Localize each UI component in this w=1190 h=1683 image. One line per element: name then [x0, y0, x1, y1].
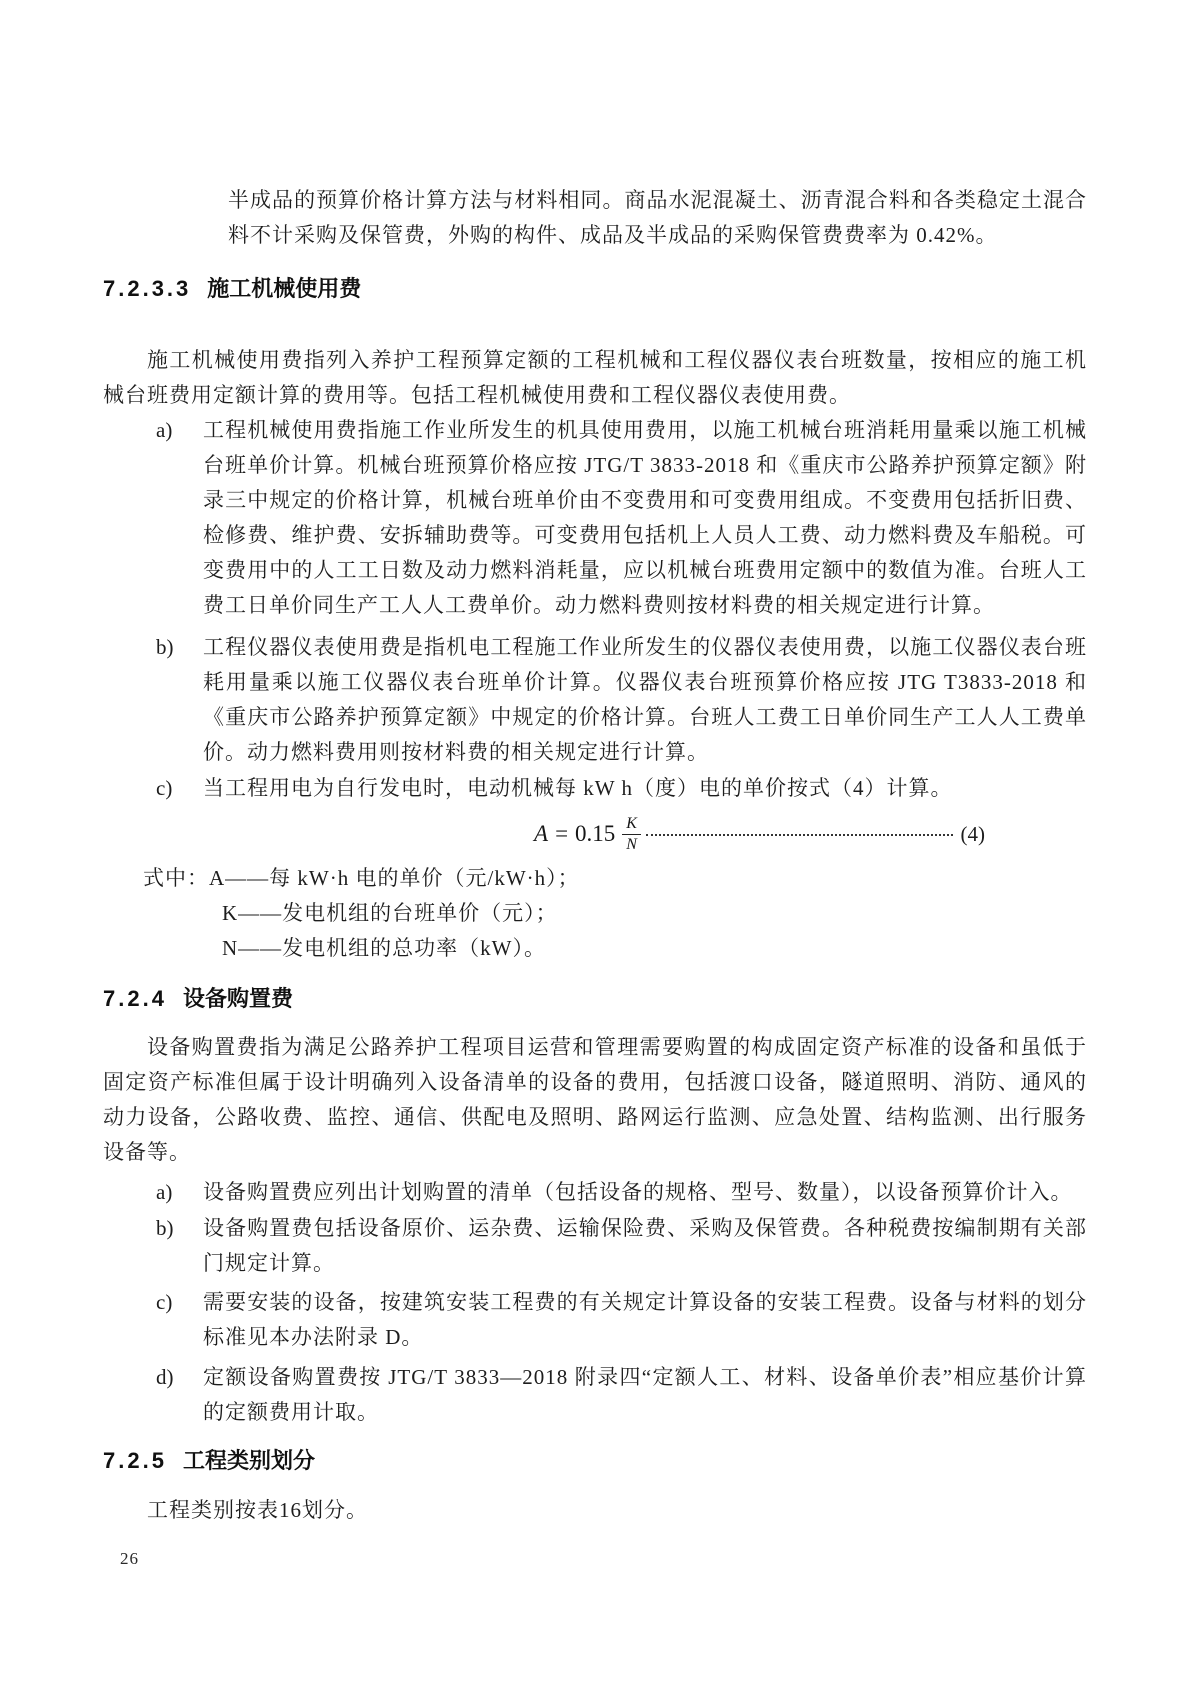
page-number: 26: [120, 1549, 1087, 1569]
list-item-text: 设备购置费应列出计划购置的清单（包括设备的规格、型号、数量），以设备预算价计入。: [203, 1175, 1087, 1210]
list-item-text: 需要安装的设备，按建筑安装工程费的有关规定计算设备的安装工程费。设备与材料的划分…: [203, 1285, 1087, 1355]
section-heading-7-2-3-3: 7.2.3.3 施工机械使用费: [103, 274, 1087, 304]
fraction-denominator: N: [626, 835, 637, 854]
section-number: 7.2.5: [103, 1446, 167, 1476]
section-title: 设备购置费: [183, 984, 293, 1014]
fraction-numerator: K: [622, 815, 641, 835]
list-item-a: a) 工程机械使用费指施工作业所发生的机具使用费用，以施工机械台班消耗用量乘以施…: [103, 413, 1087, 623]
list-item-a: a) 设备购置费应列出计划购置的清单（包括设备的规格、型号、数量），以设备预算价…: [103, 1175, 1087, 1210]
list-item-marker: b): [156, 630, 174, 665]
list-item-marker: d): [156, 1360, 174, 1395]
where-clause-line-k: K——发电机组的台班单价（元）；: [222, 896, 1087, 931]
list-item-b: b) 工程仪器仪表使用费是指机电工程施工作业所发生的仪器仪表使用费，以施工仪器仪…: [103, 630, 1087, 770]
section-title: 工程类别划分: [183, 1446, 315, 1476]
where-clause-line-a: 式中：A——每 kW·h 电的单价（元/kW·h）；: [143, 861, 1087, 896]
section-title: 施工机械使用费: [207, 274, 361, 304]
where-definition-a: A——每 kW·h 电的单价（元/kW·h）；: [209, 866, 580, 890]
where-clause-line-n: N——发电机组的总功率（kW）。: [222, 931, 1087, 966]
list-item-c: c) 需要安装的设备，按建筑安装工程费的有关规定计算设备的安装工程费。设备与材料…: [103, 1285, 1087, 1355]
list-item-b: b) 设备购置费包括设备原价、运杂费、运输保险费、采购及保管费。各种税费按编制期…: [103, 1211, 1087, 1281]
document-page: 半成品的预算价格计算方法与材料相同。商品水泥混凝土、沥青混合料和各类稳定土混合料…: [0, 0, 1190, 1683]
section-intro-paragraph: 设备购置费指为满足公路养护工程项目运营和管理需要购置的构成固定资产标准的设备和虽…: [103, 1030, 1087, 1170]
list-item-text: 工程机械使用费指施工作业所发生的机具使用费用，以施工机械台班消耗用量乘以施工机械…: [203, 413, 1087, 623]
equation-number: (4): [961, 822, 986, 847]
equation-variable-a: A: [534, 821, 548, 846]
list-item-marker: c): [156, 1285, 172, 1320]
list-item-marker: a): [156, 413, 172, 448]
where-label: 式中：: [143, 866, 209, 890]
continuation-paragraph: 半成品的预算价格计算方法与材料相同。商品水泥混凝土、沥青混合料和各类稳定土混合料…: [228, 183, 1087, 253]
section-intro-paragraph: 施工机械使用费指列入养护工程预算定额的工程机械和工程仪器仪表台班数量，按相应的施…: [103, 343, 1087, 413]
list-item-d: d) 定额设备购置费按 JTG/T 3833—2018 附录四“定额人工、材料、…: [103, 1360, 1087, 1430]
equals-sign: =: [555, 821, 568, 846]
list-item-marker: c): [156, 771, 172, 806]
section-intro-paragraph: 工程类别按表16划分。: [103, 1493, 1087, 1528]
equation-fraction: K N: [622, 815, 641, 854]
list-item-text: 定额设备购置费按 JTG/T 3833—2018 附录四“定额人工、材料、设备单…: [203, 1360, 1087, 1430]
section-heading-7-2-4: 7.2.4 设备购置费: [103, 984, 1087, 1014]
list-item-marker: a): [156, 1175, 172, 1210]
equation-coefficient: 0.15: [575, 821, 615, 846]
list-item-marker: b): [156, 1211, 174, 1246]
list-item-text: 工程仪器仪表使用费是指机电工程施工作业所发生的仪器仪表使用费，以施工仪器仪表台班…: [203, 630, 1087, 770]
section-number: 7.2.4: [103, 984, 167, 1014]
section-heading-7-2-5: 7.2.5 工程类别划分: [103, 1446, 1087, 1476]
equation-4: A=0.15 K N (4): [534, 810, 985, 858]
section-number: 7.2.3.3: [103, 274, 191, 304]
list-item-c: c) 当工程用电为自行发电时，电动机械每 kW h（度）电的单价按式（4）计算。: [103, 771, 1087, 806]
dotted-leader: [646, 834, 953, 836]
equation-left-side: A=0.15: [534, 821, 615, 847]
list-item-text: 当工程用电为自行发电时，电动机械每 kW h（度）电的单价按式（4）计算。: [203, 771, 1087, 806]
list-item-text: 设备购置费包括设备原价、运杂费、运输保险费、采购及保管费。各种税费按编制期有关部…: [203, 1211, 1087, 1281]
